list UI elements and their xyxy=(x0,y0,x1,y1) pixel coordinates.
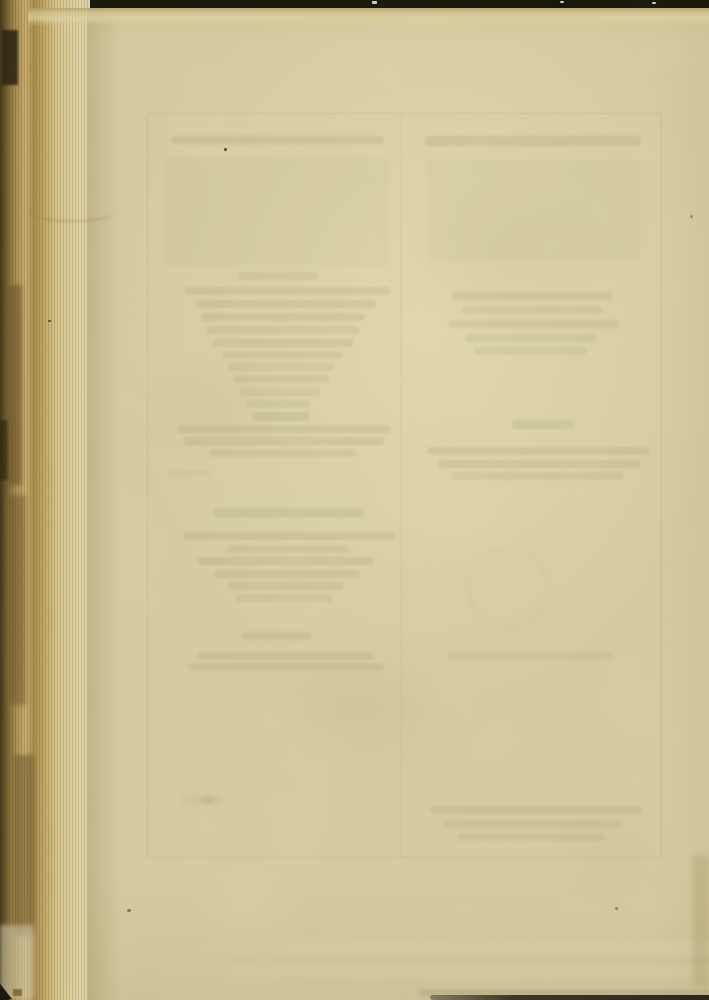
ghost-text-line xyxy=(172,136,384,144)
ghost-text-line xyxy=(474,347,586,355)
ghost-text-line xyxy=(214,570,360,578)
ghost-heading xyxy=(252,412,310,421)
ghost-text-line xyxy=(185,287,390,295)
ghost-image-block xyxy=(166,158,388,266)
scanner-void-bottom-strip xyxy=(430,995,709,1000)
scanner-void-segment xyxy=(340,0,420,7)
ghost-text-line xyxy=(458,833,604,841)
ghost-heading xyxy=(242,632,312,640)
foxing-speck xyxy=(127,909,131,912)
foxing-speck xyxy=(615,907,618,910)
ghost-text-line xyxy=(234,375,329,383)
foxing-speck xyxy=(224,148,227,151)
ghost-text-line xyxy=(213,339,353,347)
ghost-text-line xyxy=(183,532,395,540)
ghost-text-line xyxy=(438,460,640,468)
foxing-speck xyxy=(48,320,51,322)
ghost-text-line xyxy=(448,320,618,328)
ghost-text-line xyxy=(184,437,384,445)
ghost-text-line xyxy=(240,388,320,396)
ghost-text-line xyxy=(202,313,364,321)
paper-smudge xyxy=(200,797,214,803)
ghost-text-line xyxy=(196,300,376,308)
ghost-text-line xyxy=(168,470,210,476)
ghost-text-line xyxy=(430,806,642,814)
ghost-text-line xyxy=(452,292,612,300)
fore-edge-corner-mark xyxy=(13,989,22,996)
dust-speck xyxy=(372,1,377,4)
ghost-text-line xyxy=(178,425,390,433)
ghost-text-line xyxy=(210,449,356,457)
ghost-text-line xyxy=(428,447,650,455)
ghost-text-line xyxy=(448,652,614,660)
ghost-image-block xyxy=(428,160,640,260)
fore-edge-dark-mark xyxy=(0,420,8,480)
ghost-text-line xyxy=(228,363,334,371)
scanner-void-segment xyxy=(540,0,600,6)
ghost-text-line xyxy=(444,820,622,828)
book-page-scan xyxy=(0,0,709,1000)
ghost-text-line xyxy=(425,136,641,146)
ghost-text-line xyxy=(198,652,374,660)
fore-edge-shade-band xyxy=(8,285,22,485)
ghost-text-line xyxy=(207,326,359,334)
ghost-heading xyxy=(512,420,574,429)
paper-smear xyxy=(30,202,115,222)
ghost-text-line xyxy=(246,400,310,408)
ghost-circle-figure xyxy=(468,548,548,628)
dust-speck xyxy=(652,2,656,4)
ghost-text-line xyxy=(228,582,344,590)
fore-edge-dark-mark xyxy=(2,30,18,85)
ghost-text-line xyxy=(452,472,624,480)
ghost-text-line xyxy=(238,272,318,280)
show-through-column-divider xyxy=(401,113,402,858)
ghost-text-line xyxy=(222,351,342,359)
right-edge-shading xyxy=(693,855,709,985)
dust-speck xyxy=(560,1,564,3)
ghost-text-line xyxy=(466,334,596,342)
ghost-heading xyxy=(214,508,364,517)
foxing-speck xyxy=(690,215,693,218)
fore-edge-shade-band xyxy=(10,495,26,705)
ghost-text-line xyxy=(188,663,384,671)
ghost-text-line xyxy=(236,594,332,602)
ghost-text-line xyxy=(228,545,348,553)
scanner-light-streaks xyxy=(150,936,709,982)
ghost-text-line xyxy=(462,306,602,314)
fore-edge-shade-band xyxy=(14,755,34,935)
ghost-text-line xyxy=(198,557,374,565)
